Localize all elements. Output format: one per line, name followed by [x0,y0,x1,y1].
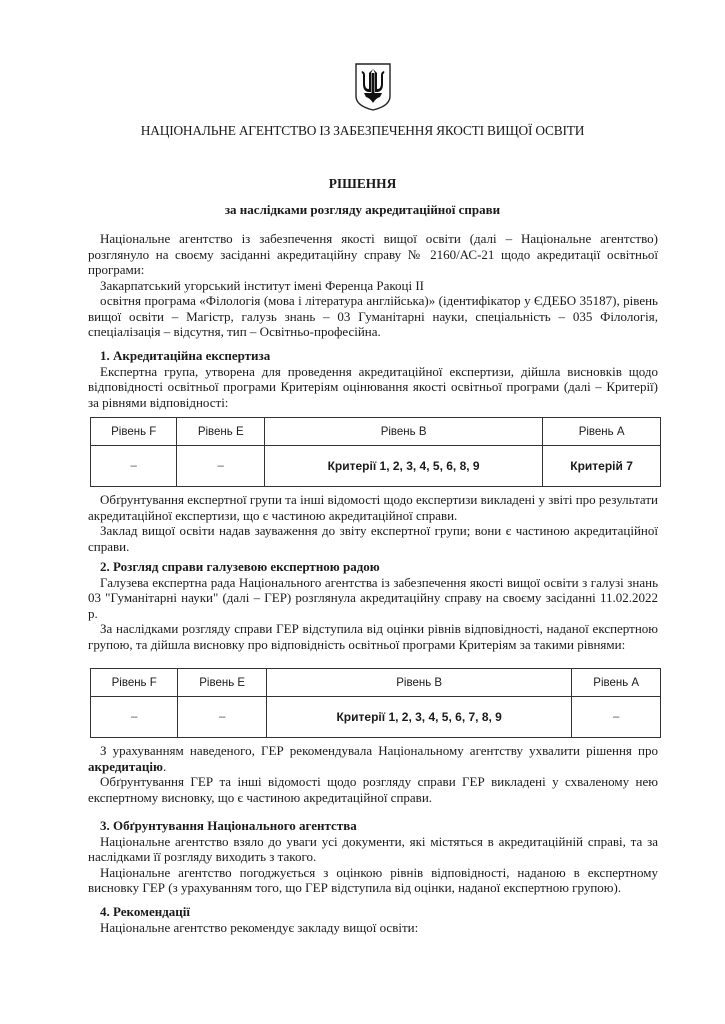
ger-recommendation-text: З урахуванням наведеного, ГЕР рекомендув… [100,743,658,758]
table-header-level-e: Рівень E [177,418,265,446]
section-1-notes: Обґрунтування експертної групи та інші в… [88,492,658,554]
table-cell-level-e: – [178,697,267,738]
section-4: 4. Рекомендації Національне агентство ре… [88,904,658,935]
table-header-level-e: Рівень E [178,669,267,697]
intro-paragraph: Національне агентство із забезпечення як… [88,231,658,278]
program-description: освітня програма «Філологія (мова і літе… [88,293,658,340]
table-cell-level-f: – [91,697,178,738]
ger-recommendation-decision: акредитацію [88,759,163,774]
table-cell-level-e: – [177,446,265,487]
table-header-level-b: Рівень B [266,669,571,697]
table-header-level-b: Рівень B [265,418,543,446]
ger-recommendation-end: . [163,759,166,774]
ger-justification: Обґрунтування ГЕР та інші відомості щодо… [88,774,658,805]
table-cell-level-b: Критерії 1, 2, 3, 4, 5, 6, 8, 9 [265,446,543,487]
table-cell-level-f: – [91,446,177,487]
section-2-notes: З урахуванням наведеного, ГЕР рекомендув… [88,743,658,805]
table-cell-level-b: Критерії 1, 2, 3, 4, 5, 6, 7, 8, 9 [266,697,571,738]
intro-section: Національне агентство із забезпечення як… [88,231,658,340]
section-1-heading: 1. Акредитаційна експертиза [88,348,658,364]
expert-group-justification: Обґрунтування експертної групи та інші в… [88,492,658,523]
section-3-paragraph-1: Національне агентство взяло до уваги усі… [88,834,658,865]
document-title: РІШЕННЯ [0,176,725,192]
section-2-paragraph-2: За наслідками розгляду справи ГЕР відсту… [88,621,658,652]
table-cell-level-a: – [572,697,661,738]
table-header-level-f: Рівень F [91,418,177,446]
document-page: НАЦІОНАЛЬНЕ АГЕНТСТВО ІЗ ЗАБЕЗПЕЧЕННЯ ЯК… [0,0,725,1024]
section-2-paragraph-1: Галузева експертна рада Національного аг… [88,575,658,622]
section-4-heading: 4. Рекомендації [88,904,658,920]
section-3-paragraph-2: Національне агентство погоджується з оці… [88,865,658,896]
institution-remarks: Заклад вищої освіти надав зауваження до … [88,523,658,554]
institution-name: Закарпатський угорський інститут імені Ф… [88,278,658,294]
table-header-level-f: Рівень F [91,669,178,697]
agency-name: НАЦІОНАЛЬНЕ АГЕНТСТВО ІЗ ЗАБЕЗПЕЧЕННЯ ЯК… [0,123,725,139]
table-cell-level-a: Критерій 7 [543,446,661,487]
ukraine-coat-of-arms-icon [354,62,392,112]
section-4-paragraph: Національне агентство рекомендує закладу… [88,920,658,936]
table-header-level-a: Рівень A [543,418,661,446]
section-2-heading: 2. Розгляд справи галузевою експертною р… [88,559,658,575]
document-subtitle: за наслідками розгляду акредитаційної сп… [0,202,725,218]
ger-levels-table: Рівень F Рівень E Рівень B Рівень A – – … [90,668,661,738]
table-header-level-a: Рівень A [572,669,661,697]
section-3-heading: 3. Обґрунтування Національного агентства [88,818,658,834]
section-2: 2. Розгляд справи галузевою експертною р… [88,559,658,652]
ger-recommendation: З урахуванням наведеного, ГЕР рекомендув… [88,743,658,774]
section-1-paragraph: Експертна група, утворена для проведення… [88,364,658,411]
section-3: 3. Обґрунтування Національного агентства… [88,818,658,896]
expert-group-levels-table: Рівень F Рівень E Рівень B Рівень A – – … [90,417,661,487]
section-1: 1. Акредитаційна експертиза Експертна гр… [88,348,658,410]
